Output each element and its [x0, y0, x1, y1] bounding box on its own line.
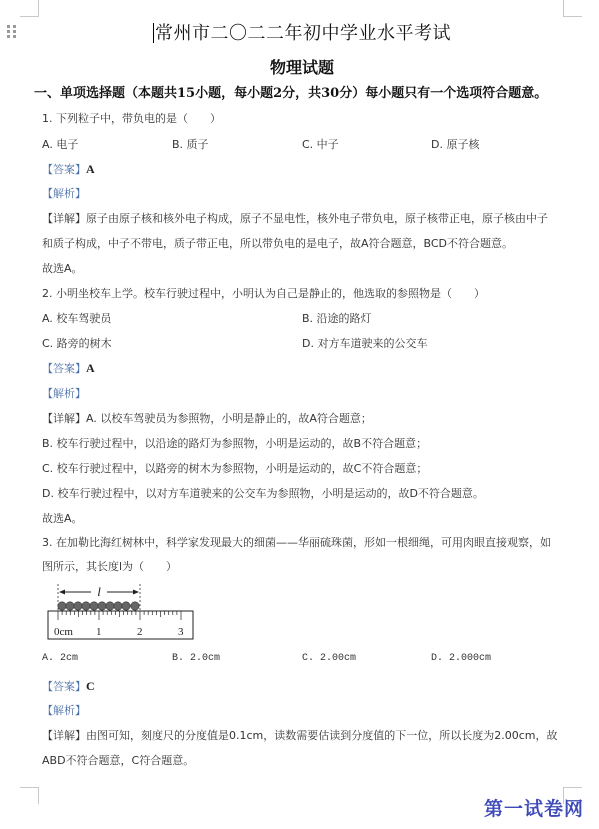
question-1-analysis: 【解析】: [42, 185, 86, 201]
page-corner-mark-top-right: [563, 0, 582, 17]
ruler-tick-2: 2: [137, 626, 143, 638]
question-2-answer: 【答案】A: [42, 360, 95, 376]
question-2-detail-line-3: C. 校车行驶过程中，以路旁的树木为参照物，小明是运动的，故C不符合题意；: [42, 460, 427, 476]
question-3-option-b: B. 2.0cm: [172, 653, 220, 664]
text-cursor: [153, 23, 154, 43]
answer-label: 【答案】: [42, 163, 86, 176]
question-2-conclusion: 故选A。: [42, 510, 83, 526]
ruler-tick-0: 0cm: [54, 626, 73, 638]
page-corner-mark-top-left: [20, 0, 39, 17]
document-title[interactable]: 常州市二〇二二年初中学业水平考试: [42, 19, 562, 45]
question-3-option-a: A. 2cm: [42, 653, 78, 664]
question-1-detail-line-2: 和质子构成，中子不带电，质子带正电，所以带负电的是电子，故A符合题意，BCD不符…: [42, 235, 513, 251]
section-heading: 一、单项选择题（本题共15小题，每小题2分，共30分）每小题只有一个选项符合题意…: [34, 82, 574, 101]
page-corner-mark-bottom-left: [20, 787, 39, 804]
question-2-option-a: A. 校车驾驶员: [42, 310, 111, 326]
question-1-option-c: C. 中子: [302, 136, 339, 152]
ruler-figure: l 0cm 1 2 3: [47, 584, 197, 644]
analysis-label: 【解析】: [42, 387, 86, 400]
analysis-label: 【解析】: [42, 704, 86, 717]
question-2-analysis: 【解析】: [42, 385, 86, 401]
question-3-detail-line-2: ABD不符合题意，C符合题意。: [42, 752, 194, 768]
question-1-option-d: D. 原子核: [431, 136, 479, 152]
question-3-analysis: 【解析】: [42, 702, 86, 718]
answer-label: 【答案】: [42, 362, 86, 375]
question-3-stem-line-1: 3. 在加勒比海红树林中，科学家发现最大的细菌——华丽硫珠菌，形如一根细绳，可用…: [42, 534, 551, 550]
detail-text: 原子由原子核和核外电子构成，原子不显电性，核外电子带负电，原子核带正电，原子核由…: [86, 212, 548, 225]
question-1-option-a: A. 电子: [42, 136, 78, 152]
question-2-detail-line-2: B. 校车行驶过程中，以沿途的路灯为参照物，小明是运动的，故B不符合题意；: [42, 435, 427, 451]
question-1-conclusion: 故选A。: [42, 260, 83, 276]
question-1-stem: 1. 下列粒子中，带负电的是（ ）: [42, 110, 221, 126]
question-2-option-b: B. 沿途的路灯: [302, 310, 372, 326]
site-watermark: 第一试卷网: [484, 794, 584, 821]
question-1-answer: 【答案】A: [42, 161, 95, 177]
document-subtitle: 物理试题: [42, 55, 562, 78]
document-title-text: 常州市二〇二二年初中学业水平考试: [155, 23, 451, 44]
answer-value: A: [86, 361, 95, 375]
question-3-stem-line-2: 图所示，其长度l为（ ）: [42, 558, 177, 574]
detail-text: A. 以校车驾驶员为参照物，小明是静止的，故A符合题意；: [86, 412, 372, 425]
detail-text: 由图可知，刻度尺的分度值是0.1cm，读数需要估读到分度值的下一位，所以长度为2…: [86, 729, 558, 742]
detail-label: 【详解】: [42, 412, 86, 425]
question-2-detail-line-4: D. 校车行驶过程中，以对方车道驶来的公交车为参照物，小明是运动的，故D不符合题…: [42, 485, 484, 501]
detail-label: 【详解】: [42, 729, 86, 742]
question-1-option-b: B. 质子: [172, 136, 209, 152]
analysis-label: 【解析】: [42, 187, 86, 200]
answer-value: C: [86, 679, 95, 693]
answer-value: A: [86, 162, 95, 176]
question-2-option-d: D. 对方车道驶来的公交车: [302, 335, 427, 351]
question-3-option-d: D. 2.000cm: [431, 653, 491, 664]
question-3-answer: 【答案】C: [42, 678, 95, 694]
question-3-option-c: C. 2.00cm: [302, 653, 356, 664]
question-1-detail-line-1: 【详解】原子由原子核和核外电子构成，原子不显电性，核外电子带负电，原子核带正电，…: [42, 210, 548, 226]
ruler-tick-3: 3: [178, 626, 184, 638]
question-2-stem: 2. 小明坐校车上学。校车行驶过程中，小明认为自己是静止的，他选取的参照物是（ …: [42, 285, 485, 301]
detail-label: 【详解】: [42, 212, 86, 225]
answer-label: 【答案】: [42, 680, 86, 693]
ruler-tick-1: 1: [96, 626, 102, 638]
question-2-detail-line-1: 【详解】A. 以校车驾驶员为参照物，小明是静止的，故A符合题意；: [42, 410, 372, 426]
length-label: l: [97, 584, 101, 599]
drag-handle-icon[interactable]: [7, 25, 17, 39]
question-2-option-c: C. 路旁的树木: [42, 335, 112, 351]
question-3-detail-line-1: 【详解】由图可知，刻度尺的分度值是0.1cm，读数需要估读到分度值的下一位，所以…: [42, 727, 558, 743]
